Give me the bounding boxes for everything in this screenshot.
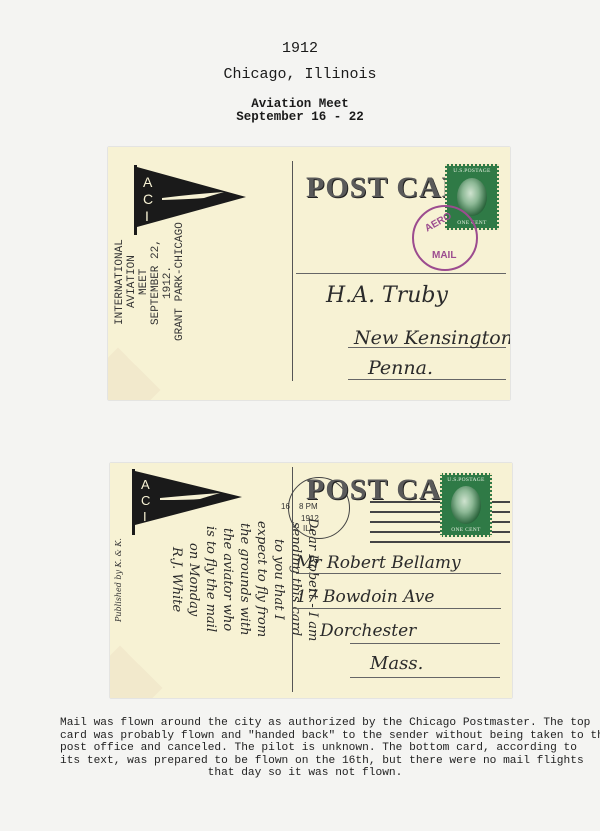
address-city: New Kensington	[354, 327, 510, 349]
svg-text:C: C	[143, 191, 153, 207]
address-state: Mass.	[370, 653, 423, 674]
address-name: H.A. Truby	[326, 283, 448, 308]
meet-printed-text: INTERNATIONAL AVIATION MEET SEPTEMBER 22…	[114, 217, 186, 347]
event-dates: September 16 - 22	[0, 111, 600, 124]
address-name: Mr Robert Bellamy	[296, 553, 461, 573]
bottom-postcard: A C I Published by K. & K. Dear Robert -…	[110, 463, 512, 698]
franklin-portrait-icon	[451, 486, 481, 524]
address-street: 17 Bowdoin Ave	[296, 587, 434, 607]
event-heading: Aviation Meet September 16 - 22	[0, 98, 600, 124]
svg-text:C: C	[141, 493, 150, 508]
one-cent-stamp: U.S.POSTAGE ONE CENT	[440, 473, 492, 537]
svg-text:A: A	[143, 174, 153, 190]
publisher-text: Published by K. & K.	[114, 473, 124, 688]
page-year: 1912	[0, 40, 600, 57]
svg-text:A: A	[141, 477, 150, 492]
address-state: Penna.	[368, 357, 433, 379]
address-city: Dorchester	[320, 621, 416, 641]
top-postcard: A C I INTERNATIONAL AVIATION MEET SEPTEM…	[108, 147, 510, 400]
aero-mail-cancel: AERO MAIL	[412, 205, 478, 271]
page-city: Chicago, Illinois	[0, 66, 600, 83]
description-caption: Mail was flown around the city as author…	[60, 717, 550, 780]
svg-text:I: I	[143, 509, 147, 524]
card-divider	[292, 161, 293, 381]
